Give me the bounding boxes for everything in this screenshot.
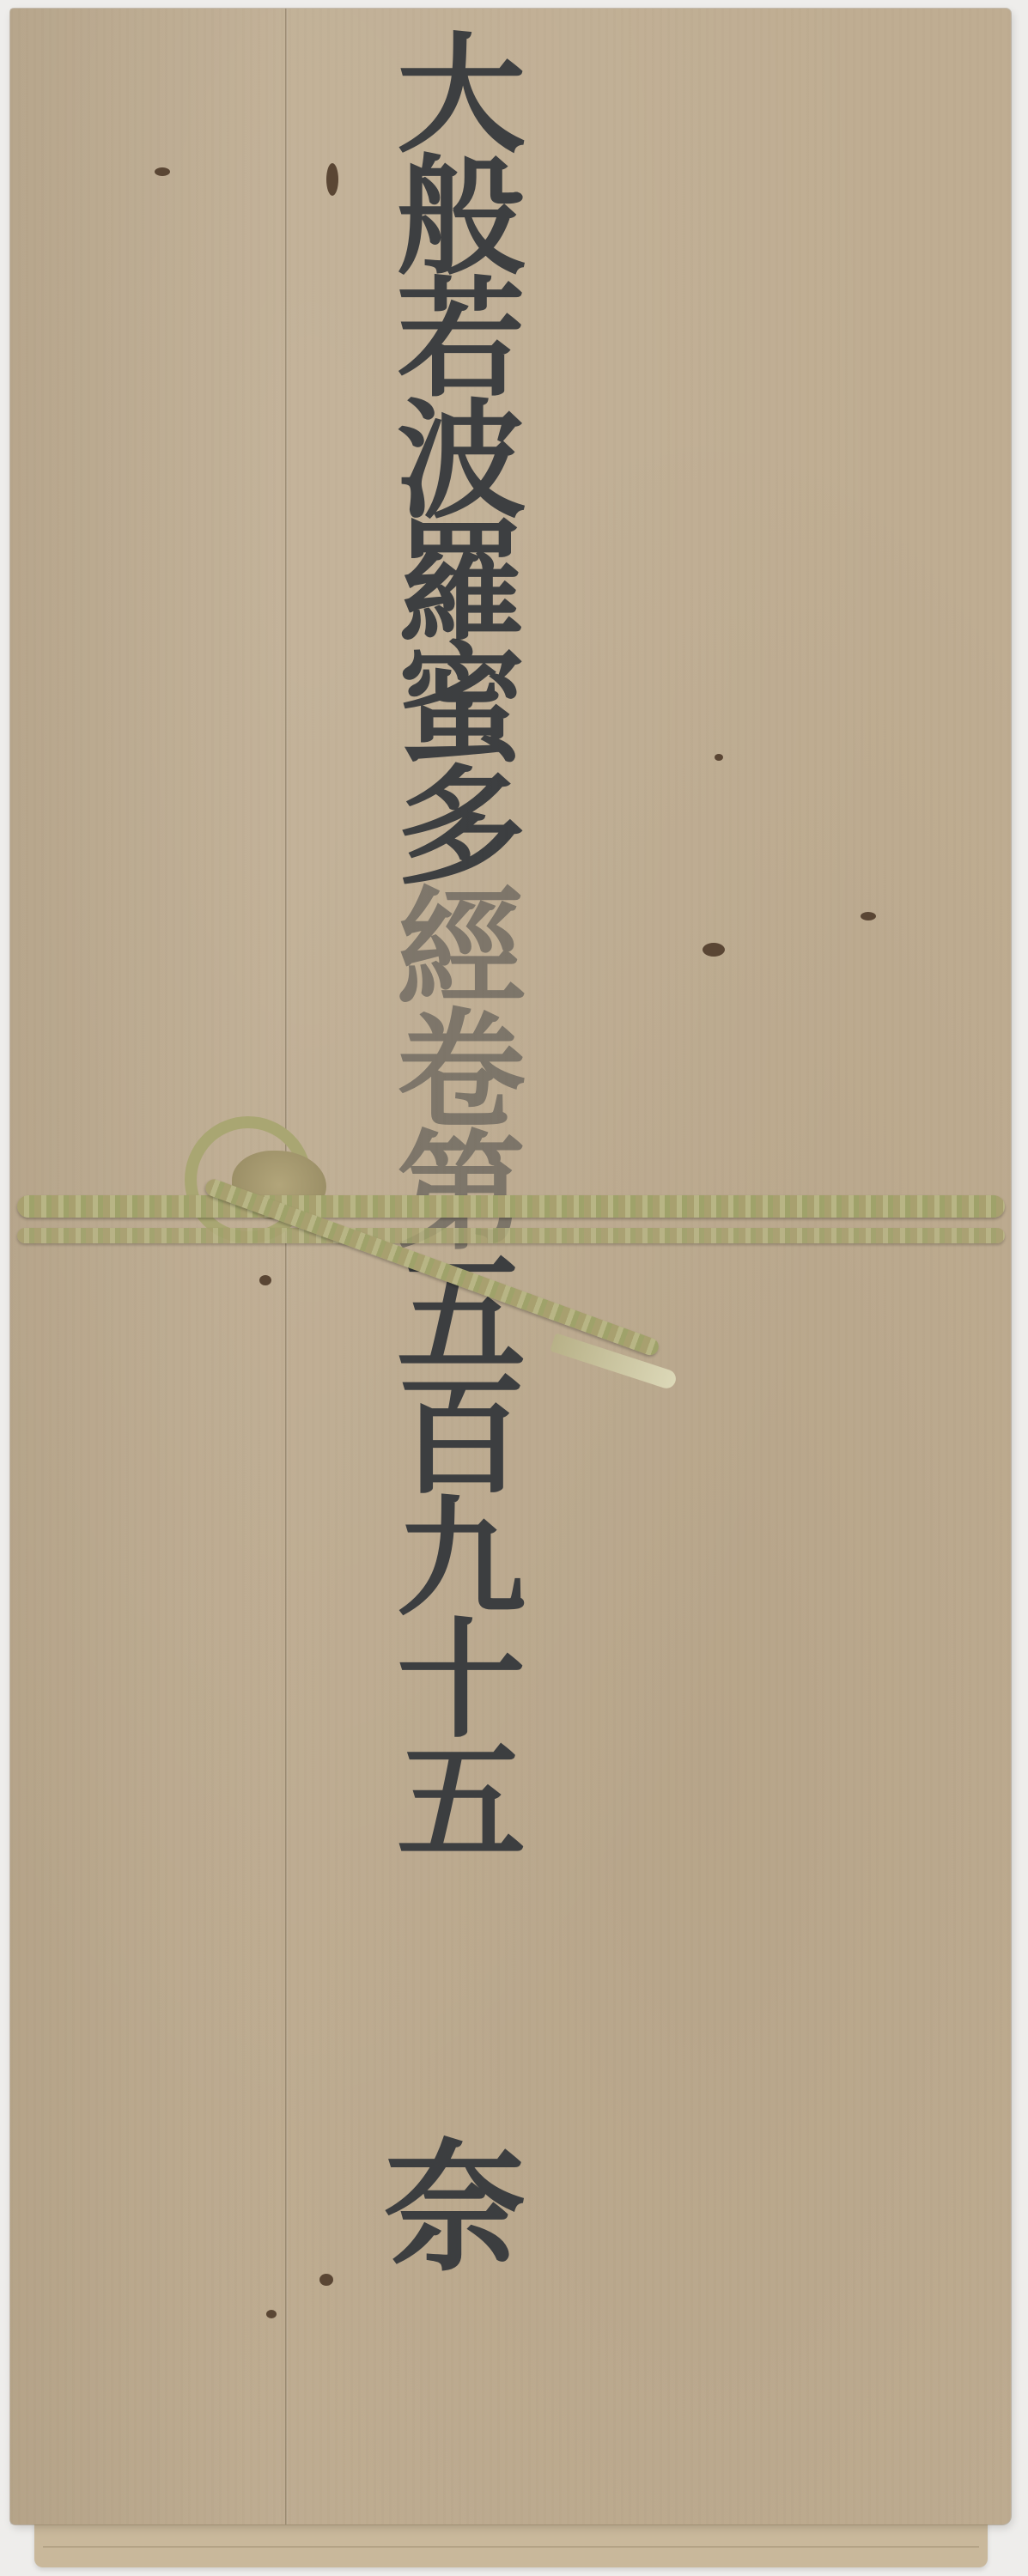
title-char: 百 xyxy=(397,1376,526,1498)
title-char: 大 xyxy=(397,34,526,156)
title-char: 多 xyxy=(397,766,526,888)
title-char: 九 xyxy=(397,1498,526,1619)
title-char: 若 xyxy=(397,278,526,400)
title-char: 波 xyxy=(397,400,526,522)
title-char: 十 xyxy=(397,1619,526,1741)
title-char: 五 xyxy=(397,1741,526,1863)
cover-fold-line xyxy=(285,9,288,2524)
binding-cord xyxy=(17,1195,1005,1218)
title-char: 經 xyxy=(397,888,526,1010)
binding-cord-lower xyxy=(17,1228,1005,1243)
case-mark: 奈 xyxy=(384,2095,526,2299)
sutra-title: 大 般 若 波 羅 蜜 多 經 卷 第 五 百 九 十 五 xyxy=(332,34,590,1863)
title-char: 卷 xyxy=(397,1010,526,1132)
title-char: 般 xyxy=(397,156,526,278)
cover-left-flap xyxy=(10,9,285,2524)
book-cover: 大 般 若 波 羅 蜜 多 經 卷 第 五 百 九 十 五 奈 xyxy=(10,9,1011,2524)
title-char: 蜜 xyxy=(397,644,526,766)
title-char: 羅 xyxy=(397,522,526,644)
